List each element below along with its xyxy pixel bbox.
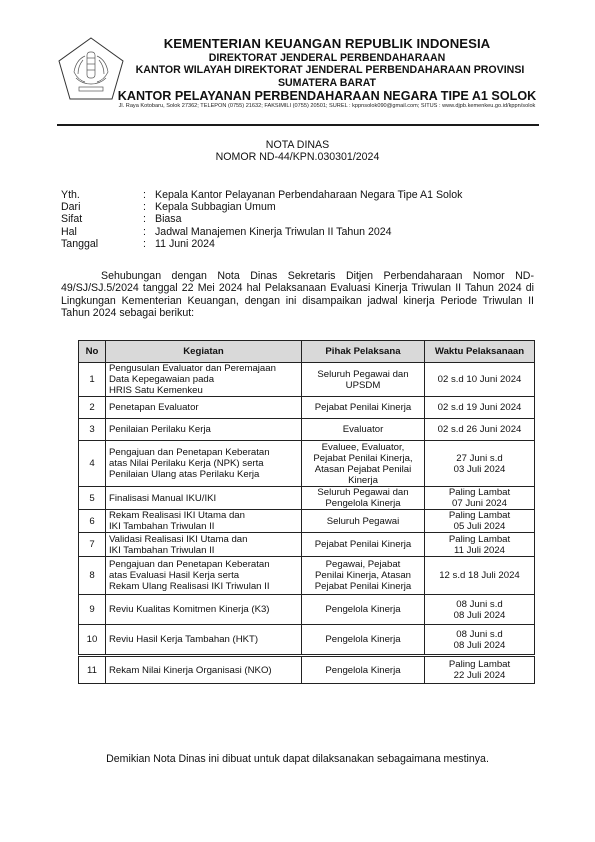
activity-cell: Pengusulan Evaluator dan Peremajaan Data… bbox=[106, 363, 302, 397]
ministry-name: KEMENTERIAN KEUANGAN REPUBLIK INDONESIA bbox=[112, 36, 542, 51]
activity-cell: Pengajuan dan Penetapan Keberatan atas E… bbox=[106, 557, 302, 595]
column-header-no: No bbox=[79, 341, 106, 363]
row-number: 6 bbox=[79, 510, 106, 533]
province-name: SUMATERA BARAT bbox=[112, 77, 542, 89]
executor-cell: Pengelola Kinerja bbox=[302, 595, 425, 625]
schedule-cell: 02 s.d 26 Juni 2024 bbox=[425, 419, 535, 441]
field-label: Tanggal bbox=[61, 238, 143, 250]
memo-fields: Yth. : Kepala Kantor Pelayanan Perbendah… bbox=[61, 189, 462, 250]
schedule-cell: Paling Lambat 07 Juni 2024 bbox=[425, 487, 535, 510]
row-number: 2 bbox=[79, 397, 106, 419]
field-label: Hal bbox=[61, 226, 143, 238]
row-number: 9 bbox=[79, 595, 106, 625]
table-row: 7Validasi Realisasi IKI Utama dan IKI Ta… bbox=[79, 533, 535, 557]
regional-office-name: KANTOR WILAYAH DIREKTORAT JENDERAL PERBE… bbox=[100, 64, 560, 76]
field-value: Jadwal Manajemen Kinerja Triwulan II Tah… bbox=[155, 226, 392, 238]
schedule-cell: 02 s.d 10 Juni 2024 bbox=[425, 363, 535, 397]
row-number: 10 bbox=[79, 625, 106, 656]
activity-cell: Reviu Kualitas Komitmen Kinerja (K3) bbox=[106, 595, 302, 625]
executor-cell: Evaluator bbox=[302, 419, 425, 441]
table-row: 8Pengajuan dan Penetapan Keberatan atas … bbox=[79, 557, 535, 595]
office-name: KANTOR PELAYANAN PERBENDAHARAAN NEGARA T… bbox=[112, 89, 542, 103]
row-number: 1 bbox=[79, 363, 106, 397]
closing-statement: Demikian Nota Dinas ini dibuat untuk dap… bbox=[0, 753, 595, 765]
schedule-cell: Paling Lambat 22 Juli 2024 bbox=[425, 656, 535, 684]
field-separator: : bbox=[143, 238, 155, 250]
field-separator: : bbox=[143, 189, 155, 201]
activity-cell: Penetapan Evaluator bbox=[106, 397, 302, 419]
field-value: Kepala Kantor Pelayanan Perbendaharaan N… bbox=[155, 189, 462, 201]
schedule-cell: 02 s.d 19 Juni 2024 bbox=[425, 397, 535, 419]
row-number: 3 bbox=[79, 419, 106, 441]
executor-cell: Pengelola Kinerja bbox=[302, 656, 425, 684]
row-number: 5 bbox=[79, 487, 106, 510]
executor-cell: Seluruh Pegawai dan Pengelola Kinerja bbox=[302, 487, 425, 510]
field-label: Sifat bbox=[61, 213, 143, 225]
schedule-cell: 08 Juni s.d 08 Juli 2024 bbox=[425, 625, 535, 656]
table-row: 4Pengajuan dan Penetapan Keberatan atas … bbox=[79, 441, 535, 487]
row-number: 11 bbox=[79, 656, 106, 684]
executor-cell: Pegawai, Pejabat Penilai Kinerja, Atasan… bbox=[302, 557, 425, 595]
schedule-cell: 08 Juni s.d 08 Juli 2024 bbox=[425, 595, 535, 625]
field-value: Biasa bbox=[155, 213, 182, 225]
schedule-cell: 12 s.d 18 Juli 2024 bbox=[425, 557, 535, 595]
field-separator: : bbox=[143, 213, 155, 225]
activity-cell: Reviu Hasil Kerja Tambahan (HKT) bbox=[106, 625, 302, 656]
executor-cell: Pejabat Penilai Kinerja bbox=[302, 533, 425, 557]
table-header-row: No Kegiatan Pihak Pelaksana Waktu Pelaks… bbox=[79, 341, 535, 363]
memo-field-date: Tanggal : 11 Juni 2024 bbox=[61, 238, 462, 250]
column-header-executor: Pihak Pelaksana bbox=[302, 341, 425, 363]
row-number: 7 bbox=[79, 533, 106, 557]
body-paragraph: Sehubungan dengan Nota Dinas Sekretaris … bbox=[61, 270, 534, 320]
office-address: Jl. Raya Kotobaru, Solok 27362; TELEPON … bbox=[112, 103, 542, 110]
memo-field-from: Dari : Kepala Subbagian Umum bbox=[61, 201, 462, 213]
activity-cell: Rekam Nilai Kinerja Organisasi (NKO) bbox=[106, 656, 302, 684]
activity-cell: Rekam Realisasi IKI Utama dan IKI Tambah… bbox=[106, 510, 302, 533]
schedule-cell: Paling Lambat 11 Juli 2024 bbox=[425, 533, 535, 557]
field-value: 11 Juni 2024 bbox=[155, 238, 215, 250]
activity-cell: Pengajuan dan Penetapan Keberatan atas N… bbox=[106, 441, 302, 487]
memo-field-to: Yth. : Kepala Kantor Pelayanan Perbendah… bbox=[61, 189, 462, 201]
table-row: 9Reviu Kualitas Komitmen Kinerja (K3)Pen… bbox=[79, 595, 535, 625]
table-row: 6Rekam Realisasi IKI Utama dan IKI Tamba… bbox=[79, 510, 535, 533]
memo-field-nature: Sifat : Biasa bbox=[61, 213, 462, 225]
row-number: 4 bbox=[79, 441, 106, 487]
table-row: 5Finalisasi Manual IKU/IKISeluruh Pegawa… bbox=[79, 487, 535, 510]
field-separator: : bbox=[143, 201, 155, 213]
activity-cell: Finalisasi Manual IKU/IKI bbox=[106, 487, 302, 510]
executor-cell: Pejabat Penilai Kinerja bbox=[302, 397, 425, 419]
table-row: 10Reviu Hasil Kerja Tambahan (HKT)Pengel… bbox=[79, 625, 535, 656]
row-number: 8 bbox=[79, 557, 106, 595]
table-row: 1Pengusulan Evaluator dan Peremajaan Dat… bbox=[79, 363, 535, 397]
schedule-cell: 27 Juni s.d 03 Juli 2024 bbox=[425, 441, 535, 487]
executor-cell: Evaluee, Evaluator, Pejabat Penilai Kine… bbox=[302, 441, 425, 487]
field-label: Yth. bbox=[61, 189, 143, 201]
column-header-activity: Kegiatan bbox=[106, 341, 302, 363]
activity-cell: Penilaian Perilaku Kerja bbox=[106, 419, 302, 441]
executor-cell: Pengelola Kinerja bbox=[302, 625, 425, 656]
table-row: 11Rekam Nilai Kinerja Organisasi (NKO)Pe… bbox=[79, 656, 535, 684]
field-separator: : bbox=[143, 226, 155, 238]
schedule-table: No Kegiatan Pihak Pelaksana Waktu Pelaks… bbox=[78, 340, 535, 684]
schedule-cell: Paling Lambat 05 Juli 2024 bbox=[425, 510, 535, 533]
executor-cell: Seluruh Pegawai dan UPSDM bbox=[302, 363, 425, 397]
directorate-name: DIREKTORAT JENDERAL PERBENDAHARAAN bbox=[112, 52, 542, 64]
document-number: NOMOR ND-44/KPN.030301/2024 bbox=[0, 151, 595, 163]
column-header-schedule: Waktu Pelaksanaan bbox=[425, 341, 535, 363]
executor-cell: Seluruh Pegawai bbox=[302, 510, 425, 533]
memo-field-subject: Hal : Jadwal Manajemen Kinerja Triwulan … bbox=[61, 226, 462, 238]
activity-cell: Validasi Realisasi IKI Utama dan IKI Tam… bbox=[106, 533, 302, 557]
table-row: 2Penetapan EvaluatorPejabat Penilai Kine… bbox=[79, 397, 535, 419]
document-type: NOTA DINAS bbox=[0, 139, 595, 151]
field-label: Dari bbox=[61, 201, 143, 213]
table-row: 3Penilaian Perilaku KerjaEvaluator02 s.d… bbox=[79, 419, 535, 441]
field-value: Kepala Subbagian Umum bbox=[155, 201, 276, 213]
letterhead-divider bbox=[57, 124, 539, 126]
